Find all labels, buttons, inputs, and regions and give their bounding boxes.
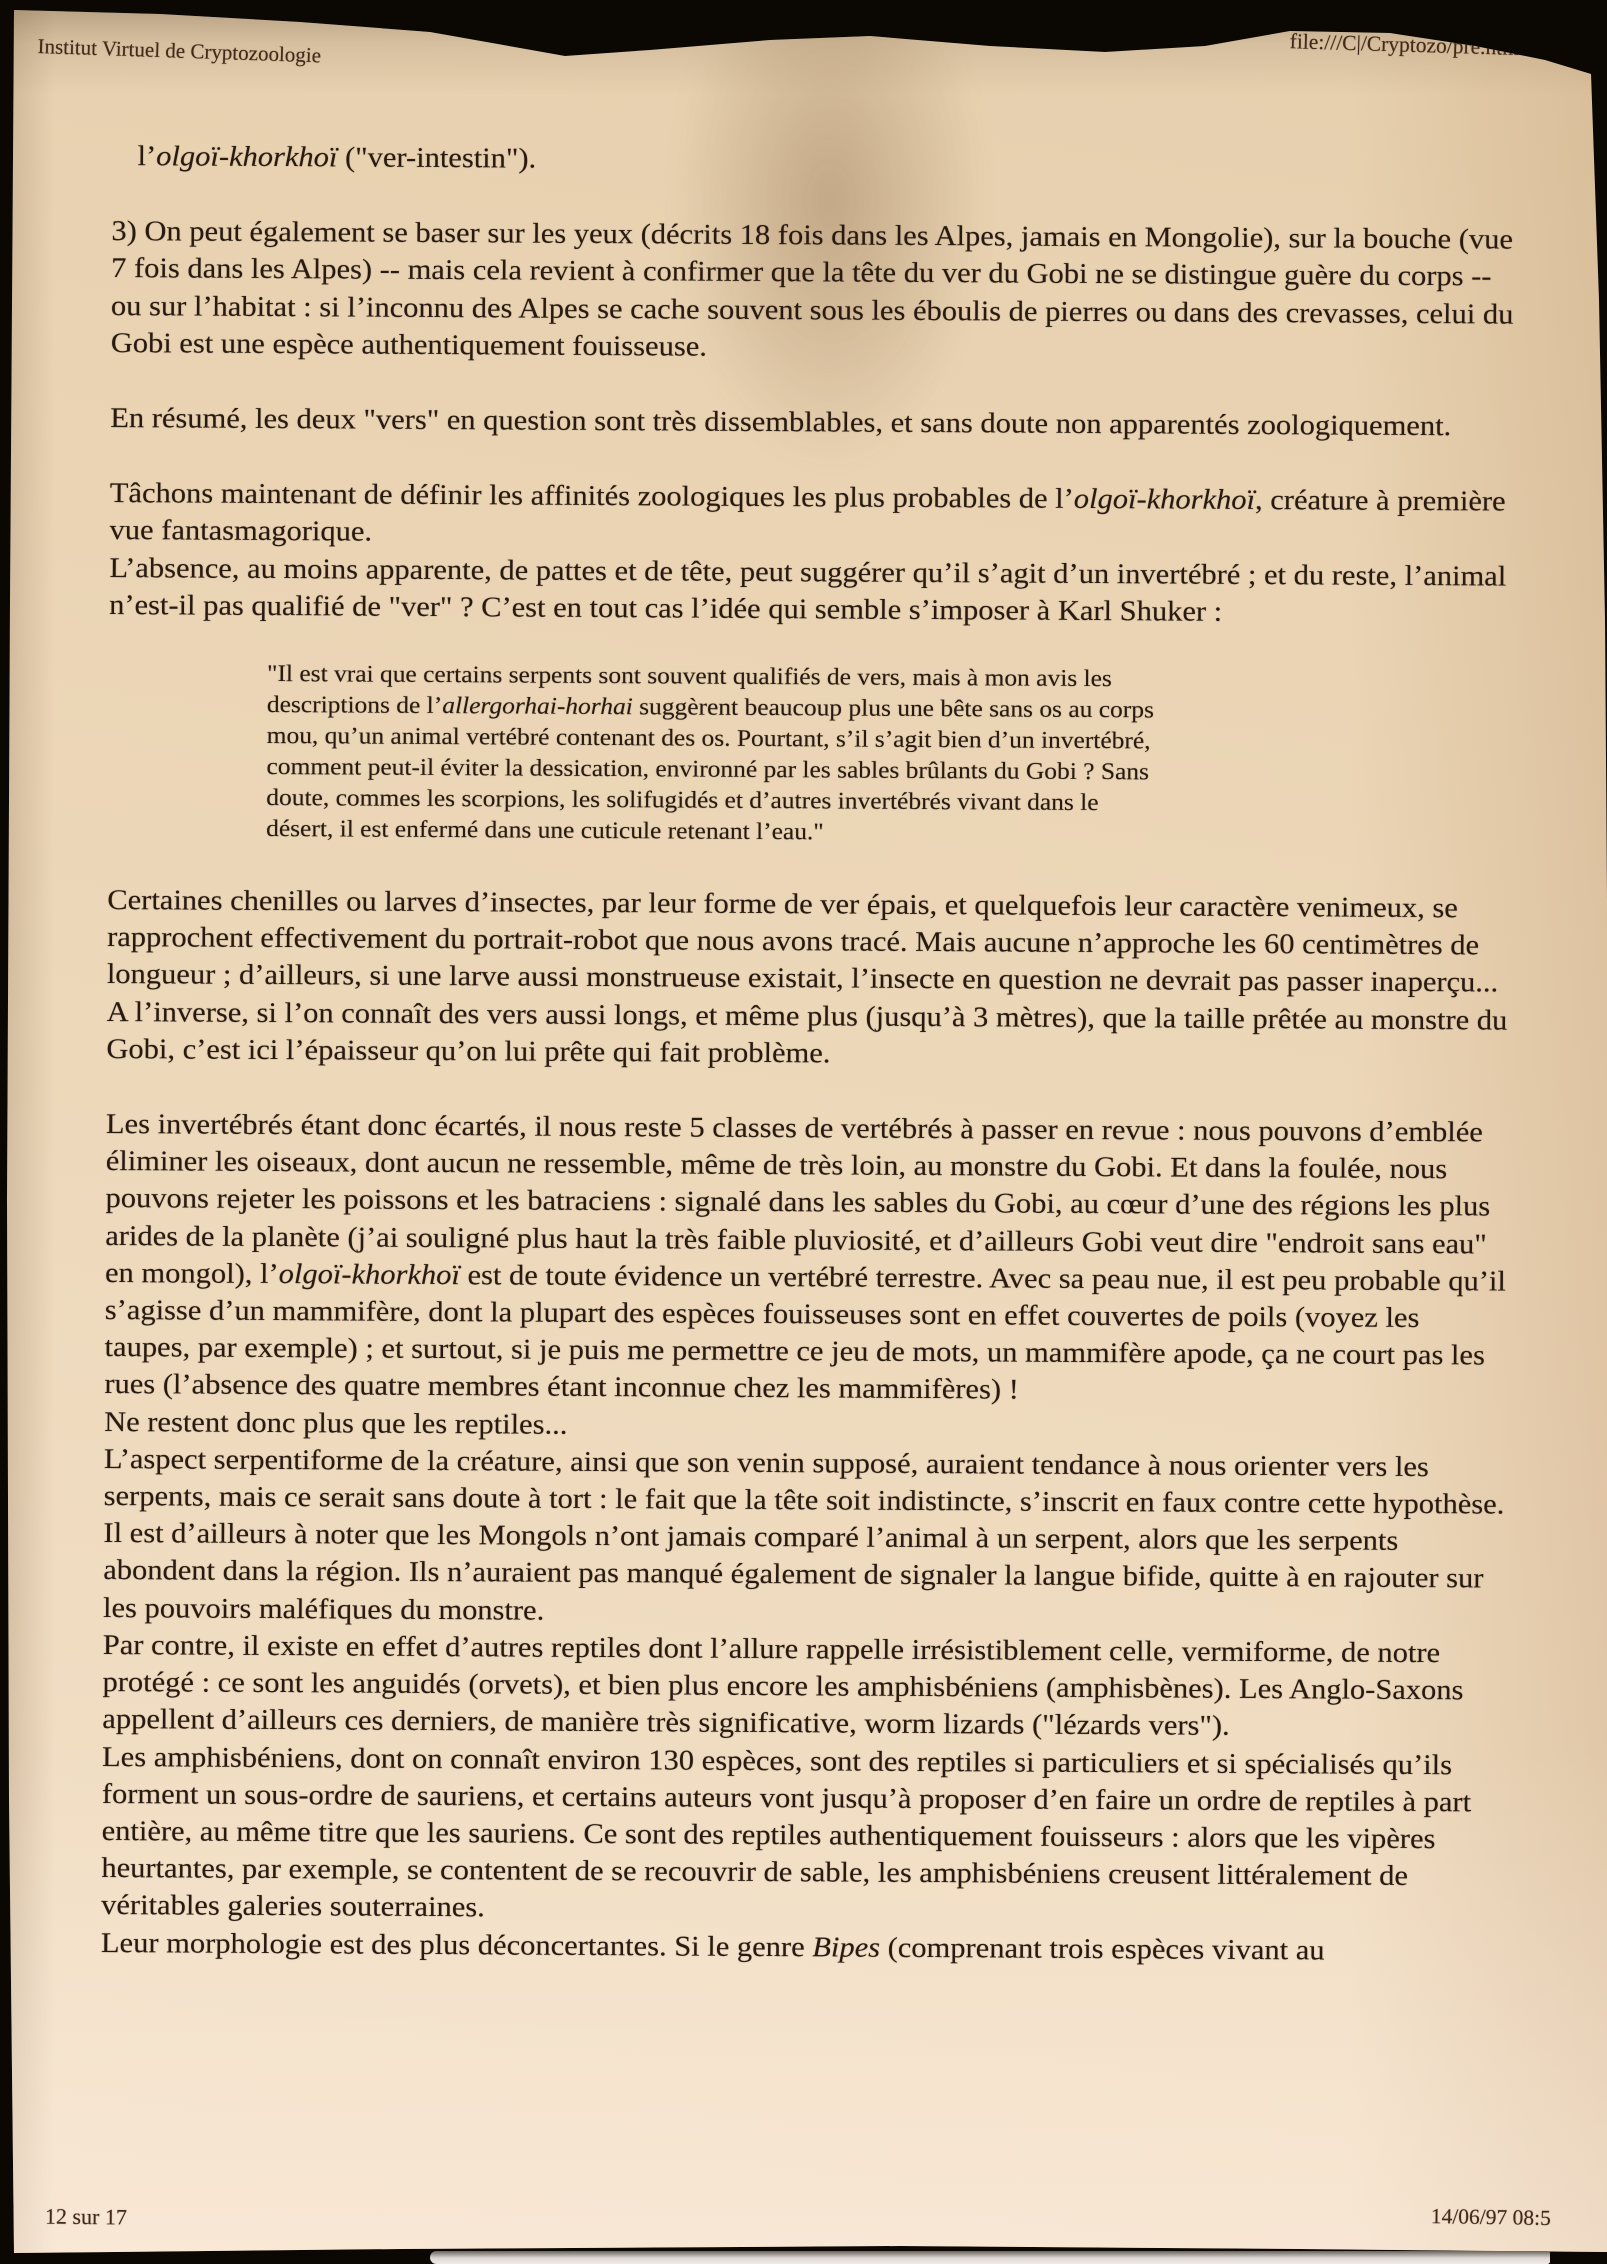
document-body: l’olgoï-khorkhoï ("ver-intestin").3) On … <box>101 138 1516 1970</box>
text-run: Par contre, il existe en effet d’autres … <box>102 1630 1463 1742</box>
text-run: Leur morphologie est des plus déconcerta… <box>101 1927 813 1962</box>
text-run: Ne restent donc plus que les reptiles... <box>104 1407 567 1441</box>
text-run: L’absence, au moins apparente, de pattes… <box>109 553 1506 628</box>
text-block: Certaines chenilles ou larves d’insectes… <box>106 882 1511 1077</box>
text-run: Certaines chenilles ou larves d’insectes… <box>106 885 1507 1069</box>
text-run: (comprenant trois espèces vivant au <box>880 1932 1325 1966</box>
text-block: Les invertébrés étant donc écartés, il n… <box>104 1106 1510 1412</box>
text-block: Par contre, il existe en effet d’autres … <box>102 1627 1506 1747</box>
italic-text-run: olgoï-khorkhoï <box>156 141 337 173</box>
text-block: En résumé, les deux "vers" en question s… <box>110 400 1514 446</box>
text-run: Tâchons maintenant de définir les affini… <box>110 478 1074 515</box>
footer-page-indicator: 12 sur 17 <box>45 2204 127 2231</box>
text-run: ("ver-intestin"). <box>337 142 536 174</box>
photo-background: { "header": { "site_title": "Institut Vi… <box>0 0 1607 2264</box>
italic-text-run: Bipes <box>812 1932 880 1963</box>
text-run: Les amphisbéniens, dont on connaît envir… <box>101 1741 1471 1923</box>
text-run: L’aspect serpentiforme de la créature, a… <box>103 1444 1504 1627</box>
paper-sheet: Institut Virtuel de Cryptozoologie file:… <box>0 0 1607 2264</box>
italic-text-run: allergorhai-horhai <box>442 693 633 720</box>
text-block: L’aspect serpentiforme de la créature, a… <box>103 1441 1508 1636</box>
text-block: l’olgoï-khorkhoï ("ver-intestin"). <box>112 138 1516 184</box>
italic-text-run: olgoï-khorkhoï <box>279 1259 460 1291</box>
quote-block: "Il est vrai que certains serpents sont … <box>266 659 1172 851</box>
text-block: 3) On peut également se baser sur les ye… <box>111 213 1516 370</box>
text-run: 3) On peut également se baser sur les ye… <box>111 216 1514 362</box>
text-run: l’ <box>137 141 156 172</box>
text-block: L’absence, au moins apparente, de pattes… <box>109 550 1513 633</box>
underlying-sheet-edge <box>430 2251 1550 2264</box>
footer-print-datetime: 14/06/97 08:5 <box>1431 2204 1551 2231</box>
text-block: Les amphisbéniens, dont on connaît envir… <box>101 1738 1506 1933</box>
italic-text-run: olgoï-khorkhoï <box>1074 484 1255 516</box>
text-run: En résumé, les deux "vers" en question s… <box>110 403 1451 442</box>
text-block: Tâchons maintenant de définir les affini… <box>109 475 1513 558</box>
